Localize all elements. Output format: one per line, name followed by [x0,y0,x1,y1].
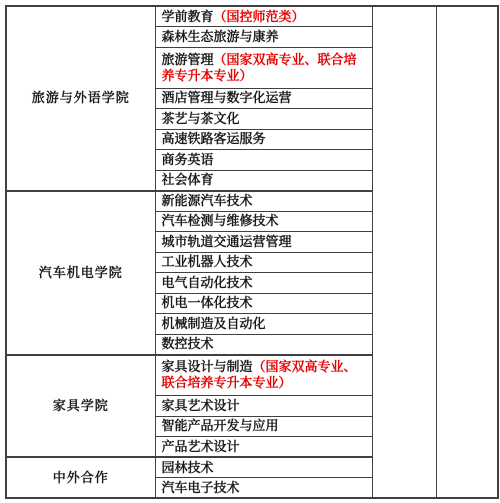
major-name: 智能产品开发与应用 [162,418,279,433]
major-name: 酒店管理与数字化运营 [162,90,292,105]
major-name: 森林生态旅游与康养 [162,29,279,44]
major-name: 学前教育 [162,9,214,24]
major-name: 社会体育 [162,172,214,187]
major-name: 家具艺术设计 [162,398,240,413]
major-cell: 家具艺术设计 [155,396,372,417]
major-cell: 机械制造及自动化 [155,314,372,335]
major-cell: 学前教育（国控师范类） [155,6,372,27]
major-name: 电气自动化技术 [162,275,253,290]
blank-column-cell [372,6,436,498]
major-cell: 家具设计与制造（国家双高专业、联合培养专升本专业） [155,355,372,396]
major-cell: 茶艺与茶文化 [155,109,372,130]
blank-column-cell [436,6,498,498]
document-page: 旅游与外语学院学前教育（国控师范类）森林生态旅游与康养旅游管理（国家双高专业、联… [0,0,500,503]
major-cell: 产品艺术设计 [155,437,372,458]
major-name: 旅游管理 [162,52,214,67]
major-name: 汽车检测与维修技术 [162,213,279,228]
major-cell: 酒店管理与数字化运营 [155,88,372,109]
major-cell: 城市轨道交通运营管理 [155,232,372,253]
major-cell: 社会体育 [155,170,372,191]
major-name: 家具设计与制造 [162,359,253,374]
major-cell: 汽车电子技术 [155,478,372,499]
major-name: 机械制造及自动化 [162,316,266,331]
major-cell: 森林生态旅游与康养 [155,27,372,48]
major-name: 产品艺术设计 [162,439,240,454]
major-name: 高速铁路客运服务 [162,131,266,146]
major-cell: 智能产品开发与应用 [155,416,372,437]
major-cell: 汽车检测与维修技术 [155,211,372,232]
major-name: 商务英语 [162,152,214,167]
majors-table: 旅游与外语学院学前教育（国控师范类）森林生态旅游与康养旅游管理（国家双高专业、联… [5,5,499,499]
major-cell: 商务英语 [155,150,372,171]
major-cell: 电气自动化技术 [155,273,372,294]
major-cell: 旅游管理（国家双高专业、联合培养专升本专业） [155,47,372,88]
major-name: 新能源汽车技术 [162,193,253,208]
major-name: 汽车电子技术 [162,480,240,495]
college-name-cell: 旅游与外语学院 [6,6,155,191]
major-cell: 机电一体化技术 [155,293,372,314]
major-name: 工业机器人技术 [162,254,253,269]
table-row: 旅游与外语学院学前教育（国控师范类） [6,6,498,27]
major-name: 园林技术 [162,460,214,475]
majors-table-body: 旅游与外语学院学前教育（国控师范类）森林生态旅游与康养旅游管理（国家双高专业、联… [6,6,498,498]
major-name: 机电一体化技术 [162,295,253,310]
college-name-cell: 中外合作 [6,457,155,498]
major-cell: 工业机器人技术 [155,252,372,273]
major-name: 数控技术 [162,336,214,351]
major-name: 城市轨道交通运营管理 [162,234,292,249]
major-cell: 园林技术 [155,457,372,478]
college-name-cell: 家具学院 [6,355,155,458]
major-cell: 高速铁路客运服务 [155,129,372,150]
major-name: 茶艺与茶文化 [162,111,240,126]
college-name-cell: 汽车机电学院 [6,191,155,355]
major-cell: 数控技术 [155,334,372,355]
major-note-red: （国控师范类） [214,9,305,24]
major-cell: 新能源汽车技术 [155,191,372,212]
